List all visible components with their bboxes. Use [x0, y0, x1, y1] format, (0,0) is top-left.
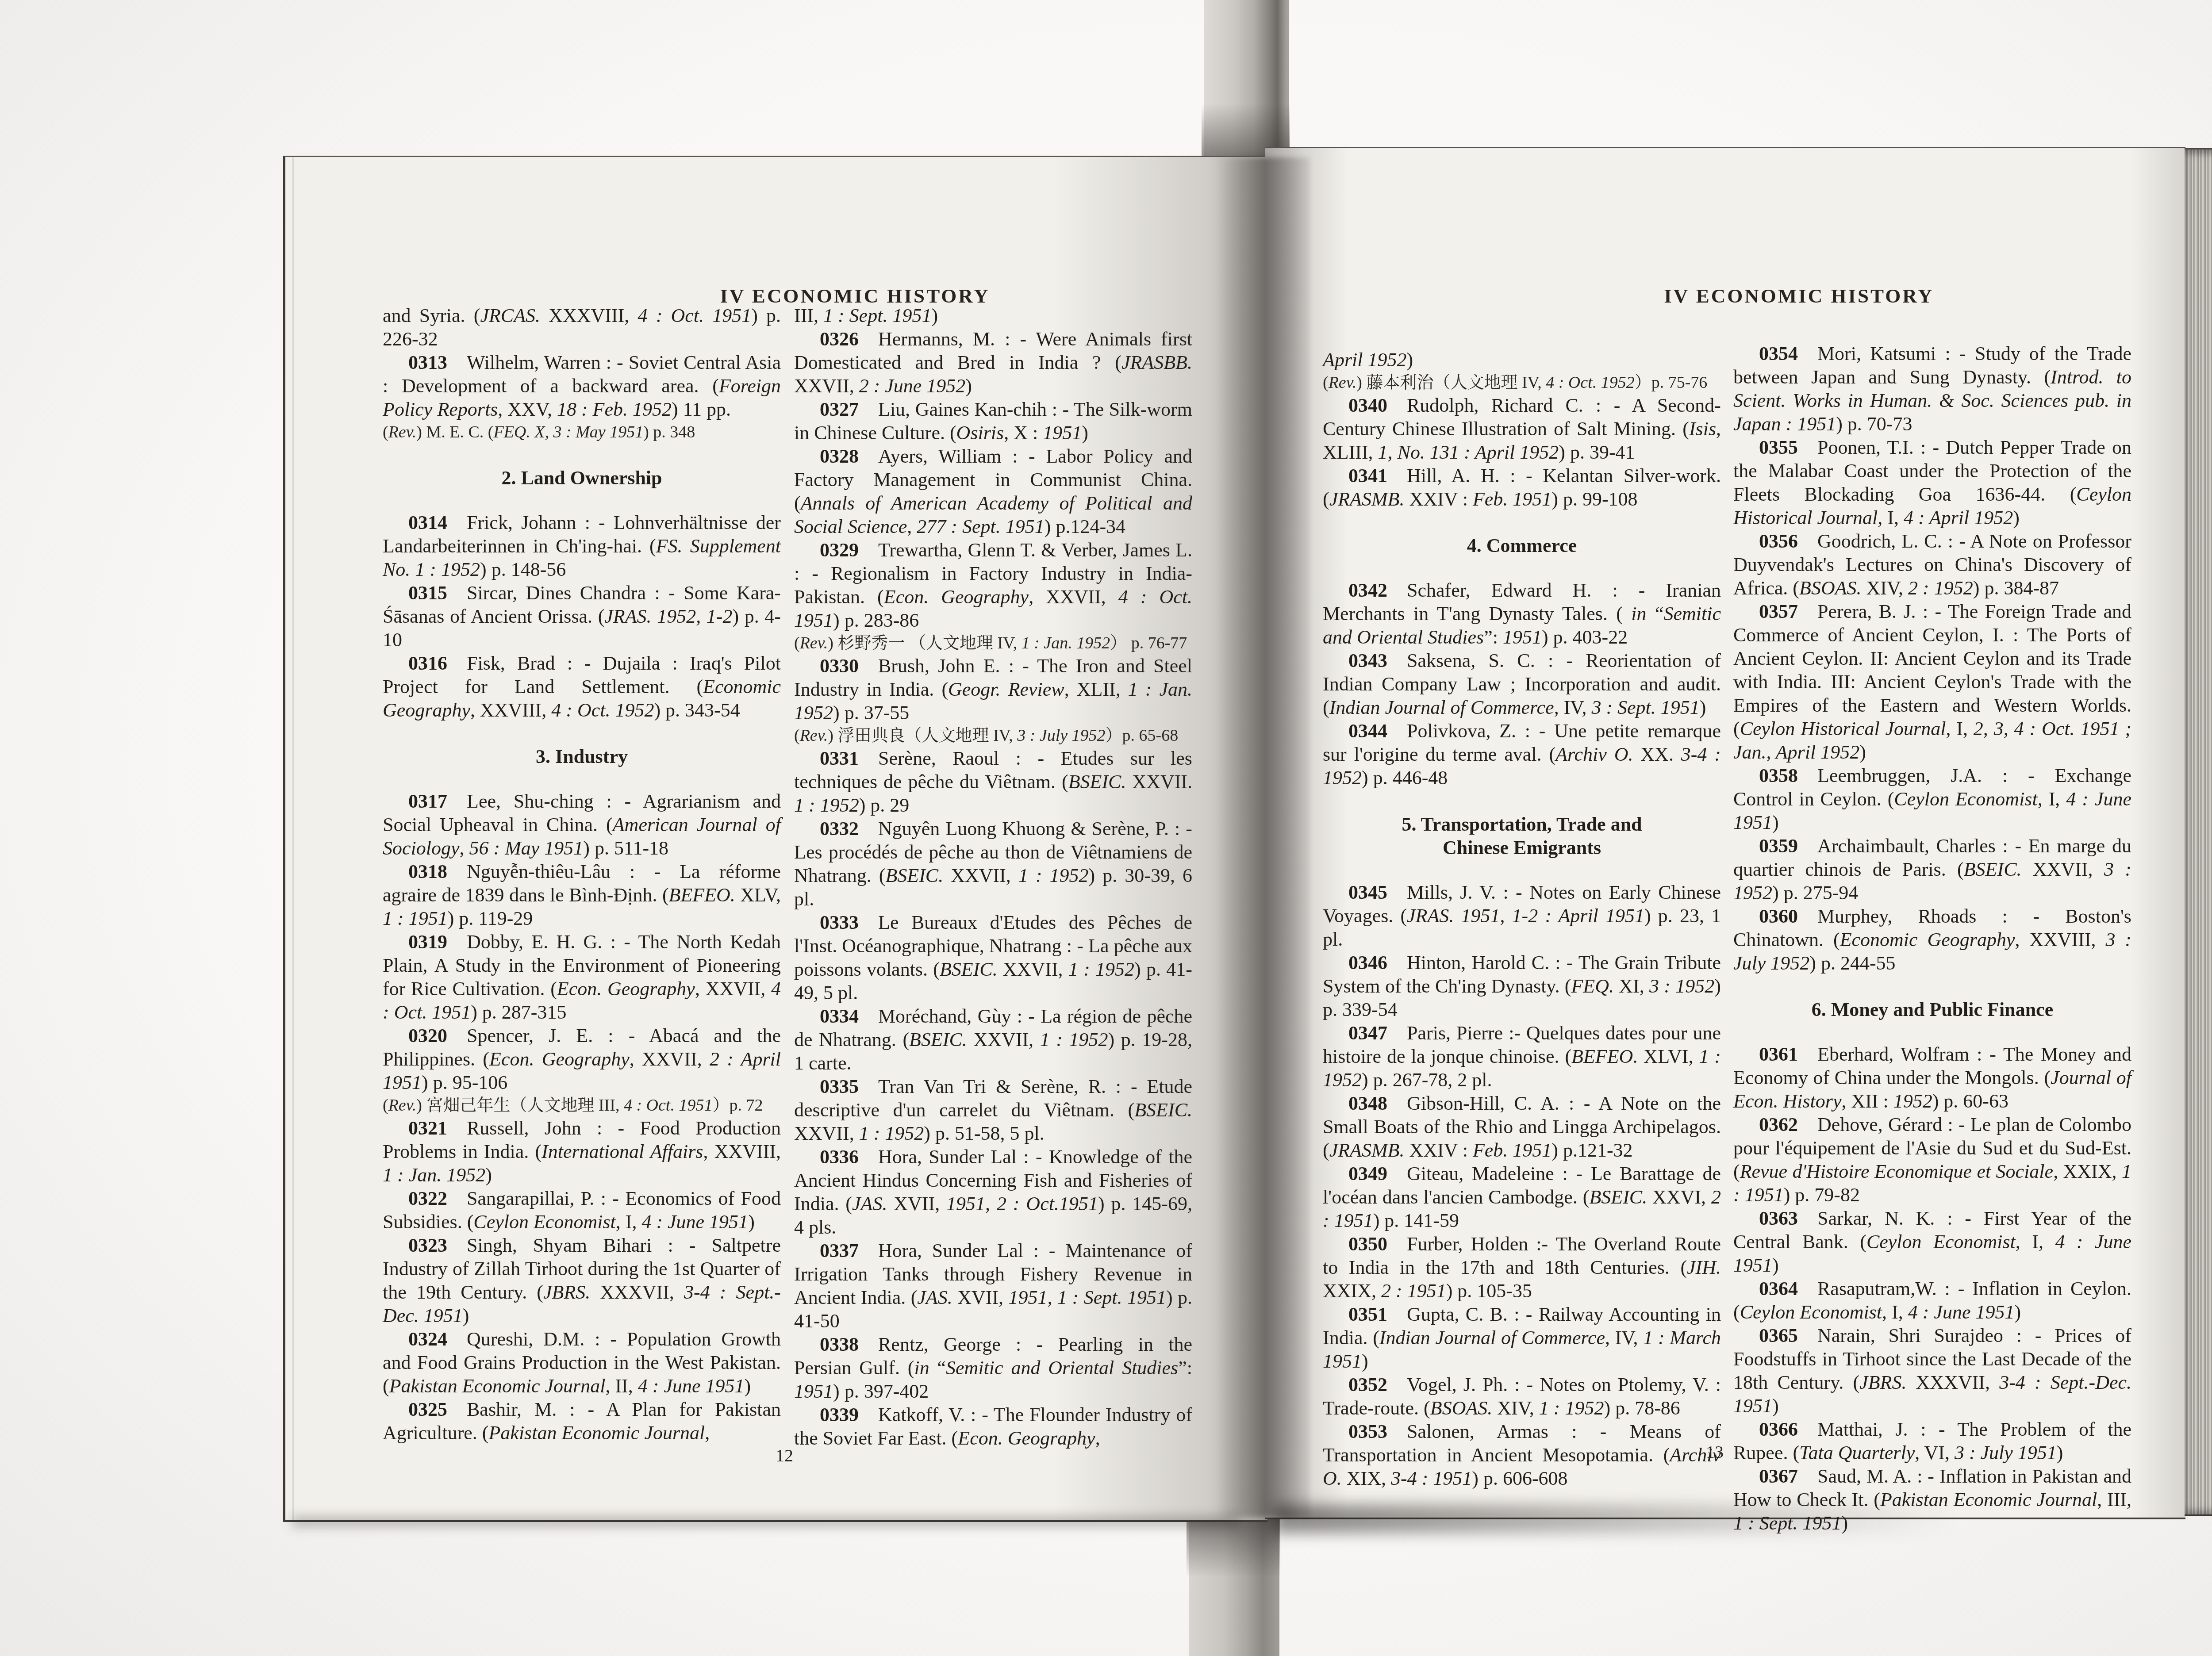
- entry-number: 0357: [1759, 601, 1798, 622]
- entry-number: 0359: [1759, 835, 1798, 857]
- bib-entry: 0357 Perera, B. J. : - The Foreign Trade…: [1733, 600, 2131, 764]
- entry-number: 0323: [408, 1234, 447, 1256]
- bib-entry: 0342 Schafer, Edward H. : - Iranian Merc…: [1323, 579, 1721, 649]
- page-number-right: 13: [1706, 1441, 1724, 1462]
- bib-entry: 0328 Ayers, William : - Labor Policy and…: [794, 445, 1192, 538]
- bib-entry: 0326 Hermanns, M. : - Were Animals first…: [794, 327, 1192, 398]
- entry-number: 0330: [820, 655, 859, 677]
- entry-number: 0331: [820, 747, 859, 769]
- entry-number: 0338: [820, 1334, 859, 1355]
- entry-number: 0341: [1348, 465, 1387, 487]
- entry-number: 0347: [1348, 1022, 1387, 1044]
- bib-entry: 0345 Mills, J. V. : - Notes on Early Chi…: [1323, 881, 1721, 951]
- entry-number: 0332: [820, 818, 859, 839]
- section-heading: 6. Money and Public Finance: [1733, 998, 2131, 1021]
- review-note: (Rev.) 宮畑己年生（人文地理 III, 4 : Oct. 1951）p. …: [383, 1094, 781, 1116]
- bib-entry: 0321 Russell, John : - Food Production P…: [383, 1116, 781, 1187]
- bib-entry: 0332 Nguyên Luong Khuong & Serène, P. : …: [794, 817, 1192, 911]
- bib-entry: 0351 Gupta, C. B. : - Railway Accounting…: [1323, 1303, 1721, 1373]
- bib-entry: 0344 Polivkova, Z. : - Une petite remarq…: [1323, 719, 1721, 790]
- bib-entry: 0361 Eberhard, Wolfram : - The Money and…: [1733, 1043, 2131, 1113]
- entry-number: 0324: [408, 1328, 447, 1350]
- section-heading: 5. Transportation, Trade and Chinese Emi…: [1323, 813, 1721, 859]
- entry-number: 0351: [1348, 1303, 1387, 1325]
- bib-entry: 0362 Dehove, Gérard : - Le plan de Colom…: [1733, 1113, 2131, 1207]
- left-page-column-2: III, 1 : Sept. 1951)0326 Hermanns, M. : …: [794, 304, 1192, 1450]
- entry-number: 0318: [408, 861, 447, 882]
- entry-number: 0344: [1348, 720, 1387, 742]
- entry-number: 0313: [408, 352, 447, 373]
- entry-number: 0353: [1348, 1421, 1387, 1442]
- entry-number: 0333: [820, 912, 859, 933]
- entry-number: 0352: [1348, 1374, 1387, 1395]
- bib-entry: 0341 Hill, A. H. : - Kelantan Silver-wor…: [1323, 464, 1721, 511]
- bib-entry: 0364 Rasaputram,W. : - Inflation in Ceyl…: [1733, 1277, 2131, 1324]
- right-page: IV ECONOMIC HISTORY April 1952)(Rev.) 藤本…: [1265, 147, 2185, 1519]
- bib-entry: 0334 Moréchand, Gùy : - La région de pêc…: [794, 1004, 1192, 1075]
- bib-entry: 0347 Paris, Pierre :- Quelques dates pou…: [1323, 1021, 1721, 1092]
- entry-number: 0358: [1759, 765, 1798, 786]
- continuation-text: and Syria. (JRCAS. XXXVIII, 4 : Oct. 195…: [383, 304, 781, 351]
- section-heading: 3. Industry: [383, 745, 781, 768]
- bib-entry: 0338 Rentz, George : - Pearling in the P…: [794, 1333, 1192, 1403]
- review-note: (Rev.) 杉野秀一 （人文地理 IV, 1 : Jan. 1952） p. …: [794, 632, 1192, 654]
- entry-number: 0366: [1759, 1418, 1798, 1440]
- entry-number: 0336: [820, 1146, 859, 1168]
- bib-entry: 0313 Wilhelm, Warren : - Soviet Central …: [383, 351, 781, 421]
- bib-entry: 0354 Mori, Katsumi : - Study of the Trad…: [1733, 342, 2131, 436]
- section-heading: 4. Commerce: [1323, 534, 1721, 557]
- bib-entry: 0355 Poonen, T.I. : - Dutch Pepper Trade…: [1733, 436, 2131, 529]
- bib-entry: 0323 Singh, Shyam Bihari : - Saltpetre I…: [383, 1234, 781, 1327]
- entry-number: 0356: [1759, 530, 1798, 552]
- running-header-right: IV ECONOMIC HISTORY: [1664, 284, 1934, 307]
- section-heading: 2. Land Ownership: [383, 466, 781, 490]
- bib-entry: 0322 Sangarapillai, P. : - Economics of …: [383, 1187, 781, 1234]
- bib-entry: 0366 Matthai, J. : - The Problem of the …: [1733, 1418, 2131, 1464]
- book-shadow-bottom-left: [292, 1516, 1239, 1527]
- entry-number: 0334: [820, 1005, 859, 1027]
- bib-entry: 0315 Sircar, Dines Chandra : - Some Kara…: [383, 581, 781, 652]
- entry-number: 0361: [1759, 1043, 1798, 1065]
- bib-entry: 0339 Katkoff, V. : - The Flounder Indust…: [794, 1403, 1192, 1450]
- entry-number: 0317: [408, 790, 447, 812]
- entry-number: 0339: [820, 1404, 859, 1426]
- bib-entry: 0329 Trewartha, Glenn T. & Verber, James…: [794, 538, 1192, 632]
- left-page: IV ECONOMIC HISTORY and Syria. (JRCAS. X…: [283, 156, 1267, 1522]
- entry-number: 0337: [820, 1240, 859, 1261]
- entry-number: 0346: [1348, 952, 1387, 974]
- entry-number: 0316: [408, 652, 447, 674]
- book-shadow-bottom-right: [1274, 1505, 2048, 1533]
- bib-entry: 0348 Gibson-Hill, C. A. : - A Note on th…: [1323, 1092, 1721, 1162]
- bib-entry: 0346 Hinton, Harold C. : - The Grain Tri…: [1323, 951, 1721, 1021]
- bib-entry: 0318 Nguyễn-thiêu-Lâu : - La réforme agr…: [383, 860, 781, 930]
- entry-number: 0355: [1759, 437, 1798, 458]
- entry-number: 0328: [820, 445, 859, 467]
- bib-entry: 0331 Serène, Raoul : - Etudes sur les te…: [794, 747, 1192, 817]
- entry-number: 0321: [408, 1117, 447, 1139]
- entry-number: 0320: [408, 1025, 447, 1046]
- bib-entry: 0316 Fisk, Brad : - Dujaila : Iraq's Pil…: [383, 652, 781, 722]
- bib-entry: 0363 Sarkar, N. K. : - First Year of the…: [1733, 1207, 2131, 1277]
- entry-number: 0349: [1348, 1163, 1387, 1184]
- entry-number: 0326: [820, 328, 859, 350]
- entry-number: 0340: [1348, 395, 1387, 416]
- bib-entry: 0324 Qureshi, D.M. : - Population Growth…: [383, 1327, 781, 1398]
- bib-entry: 0320 Spencer, J. E. : - Abacá and the Ph…: [383, 1024, 781, 1094]
- left-page-column-1: and Syria. (JRCAS. XXXVIII, 4 : Oct. 195…: [383, 304, 781, 1445]
- entry-number: 0362: [1759, 1114, 1798, 1135]
- bib-entry: 0360 Murphey, Rhoads : - Boston's Chinat…: [1733, 905, 2131, 975]
- bib-entry: 0337 Hora, Sunder Lal : - Maintenance of…: [794, 1239, 1192, 1333]
- bib-entry: 0336 Hora, Sunder Lal : - Knowledge of t…: [794, 1145, 1192, 1239]
- continuation-text: April 1952): [1323, 348, 1721, 372]
- bib-entry: 0350 Furber, Holden :- The Overland Rout…: [1323, 1232, 1721, 1303]
- bib-entry: 0353 Salonen, Armas : - Means of Transpo…: [1323, 1420, 1721, 1490]
- bib-entry: 0359 Archaimbault, Charles : - En marge …: [1733, 834, 2131, 905]
- entry-number: 0335: [820, 1076, 859, 1097]
- bib-entry: 0356 Goodrich, L. C. : - A Note on Profe…: [1733, 529, 2131, 600]
- right-page-column-1: April 1952)(Rev.) 藤本利治（人文地理 IV, 4 : Oct.…: [1323, 348, 1721, 1490]
- bib-entry: 0340 Rudolph, Richard C. : - A Second-Ce…: [1323, 394, 1721, 464]
- entry-number: 0364: [1759, 1278, 1798, 1299]
- bib-entry: 0352 Vogel, J. Ph. : - Notes on Ptolemy,…: [1323, 1373, 1721, 1420]
- bib-entry: 0330 Brush, John E. : - The Iron and Ste…: [794, 654, 1192, 724]
- entry-number: 0327: [820, 399, 859, 420]
- bib-entry: 0333 Le Bureaux d'Etudes des Pêches de l…: [794, 911, 1192, 1004]
- entry-number: 0365: [1759, 1325, 1798, 1346]
- entry-number: 0354: [1759, 343, 1798, 364]
- bib-entry: 0343 Saksena, S. C. : - Reorientation of…: [1323, 649, 1721, 719]
- bib-entry: 0358 Leembruggen, J.A. : - Exchange Cont…: [1733, 764, 2131, 834]
- scanned-book-spread: IV ECONOMIC HISTORY and Syria. (JRCAS. X…: [0, 0, 2212, 1656]
- bib-entry: 0349 Giteau, Madeleine : - Le Barattage …: [1323, 1162, 1721, 1232]
- bib-entry: 0319 Dobby, E. H. G. : - The North Kedah…: [383, 930, 781, 1024]
- scanner-cradle-bar-top: [1204, 0, 1289, 168]
- continuation-text: III, 1 : Sept. 1951): [794, 304, 1192, 327]
- page-number-left: 12: [776, 1445, 793, 1466]
- entry-number: 0350: [1348, 1233, 1387, 1255]
- entry-number: 0322: [408, 1188, 447, 1209]
- entry-number: 0367: [1759, 1465, 1798, 1487]
- entry-number: 0325: [408, 1399, 447, 1420]
- entry-number: 0348: [1348, 1092, 1387, 1114]
- page-stack-fore-edge: [2185, 148, 2212, 1516]
- review-note: (Rev.) 浮田典良（人文地理 IV, 3 : July 1952）p. 65…: [794, 724, 1192, 747]
- entry-number: 0343: [1348, 650, 1387, 671]
- review-note: (Rev.) M. E. C. (FEQ. X, 3 : May 1951) p…: [383, 421, 781, 443]
- entry-number: 0319: [408, 931, 447, 953]
- entry-number: 0345: [1348, 882, 1387, 903]
- bib-entry: 0335 Tran Van Tri & Serène, R. : - Etude…: [794, 1075, 1192, 1145]
- entry-number: 0360: [1759, 905, 1798, 927]
- entry-number: 0342: [1348, 579, 1387, 601]
- bib-entry: 0325 Bashir, M. : - A Plan for Pakistan …: [383, 1398, 781, 1445]
- bib-entry: 0365 Narain, Shri Surajdeo : - Prices of…: [1733, 1324, 2131, 1418]
- bib-entry: 0327 Liu, Gaines Kan-chih : - The Silk-w…: [794, 398, 1192, 445]
- entry-number: 0363: [1759, 1207, 1798, 1229]
- right-page-column-2: 0354 Mori, Katsumi : - Study of the Trad…: [1733, 342, 2131, 1535]
- entry-number: 0314: [408, 512, 447, 533]
- entry-number: 0315: [408, 582, 447, 604]
- bib-entry: 0317 Lee, Shu-ching : - Agrarianism and …: [383, 790, 781, 860]
- entry-number: 0329: [820, 539, 859, 561]
- bib-entry: 0314 Frick, Johann : - Lohnverhältnisse …: [383, 511, 781, 581]
- review-note: (Rev.) 藤本利治（人文地理 IV, 4 : Oct. 1952）p. 75…: [1323, 372, 1721, 394]
